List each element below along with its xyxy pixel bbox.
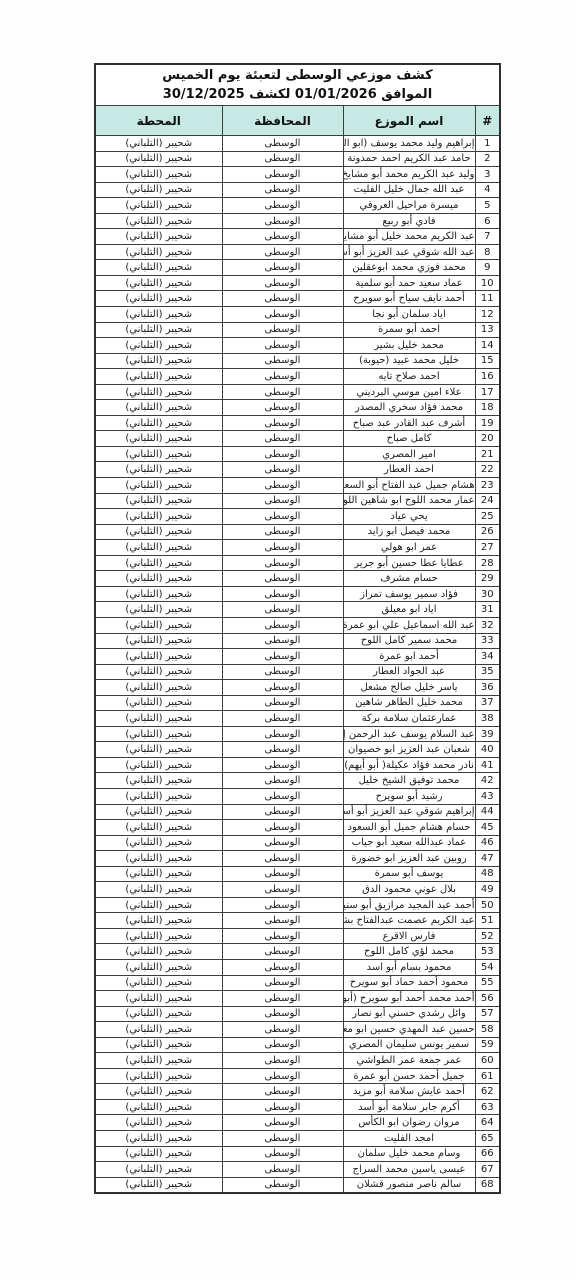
cell-governorate: الوسطى	[222, 229, 343, 245]
cell-station: شحيبر (التلباني)	[95, 462, 222, 478]
cell-station: شحيبر (التلباني)	[95, 400, 222, 416]
cell-station: شحيبر (التلباني)	[95, 1022, 222, 1038]
table-row: 31اياد ابو معيلقالوسطىشحيبر (التلباني)	[95, 602, 500, 618]
cell-distributor-name: أحمد عبد المجيد مرازيق أبو سنيدة	[343, 897, 475, 913]
cell-governorate: الوسطى	[222, 213, 343, 229]
table-row: 40شعبان عبد العزيز ابو خصيوانالوسطىشحيبر…	[95, 742, 500, 758]
table-row: 43رشيد أبو سويرحالوسطىشحيبر (التلباني)	[95, 788, 500, 804]
cell-station: شحيبر (التلباني)	[95, 167, 222, 183]
cell-index: 4	[475, 182, 500, 198]
table-row: 36ياسر خليل صالح مشعلالوسطىشحيبر (التلبا…	[95, 680, 500, 696]
cell-station: شحيبر (التلباني)	[95, 1068, 222, 1084]
cell-distributor-name: وائل رشدي حسني أبو نصار	[343, 1006, 475, 1022]
cell-station: شحيبر (التلباني)	[95, 1115, 222, 1131]
cell-index: 53	[475, 944, 500, 960]
cell-index: 6	[475, 213, 500, 229]
cell-station: شحيبر (التلباني)	[95, 897, 222, 913]
title-line-2: الموافق 01/01/2026 لكشف 30/12/2025	[96, 85, 499, 104]
cell-governorate: الوسطى	[222, 462, 343, 478]
cell-index: 66	[475, 1146, 500, 1162]
column-header-name: اسم الموزع	[343, 106, 475, 136]
cell-index: 3	[475, 167, 500, 183]
cell-station: شحيبر (التلباني)	[95, 757, 222, 773]
cell-governorate: الوسطى	[222, 820, 343, 836]
cell-index: 16	[475, 369, 500, 385]
table-row: 47روبين عبد العزيز ابو خضورةالوسطىشحيبر …	[95, 851, 500, 867]
table-row: 21امير المصريالوسطىشحيبر (التلباني)	[95, 446, 500, 462]
cell-governorate: الوسطى	[222, 835, 343, 851]
cell-governorate: الوسطى	[222, 571, 343, 587]
cell-index: 60	[475, 1053, 500, 1069]
cell-station: شحيبر (التلباني)	[95, 835, 222, 851]
cell-governorate: الوسطى	[222, 586, 343, 602]
cell-governorate: الوسطى	[222, 913, 343, 929]
cell-index: 5	[475, 198, 500, 214]
cell-distributor-name: روبين عبد العزيز ابو خضورة	[343, 851, 475, 867]
cell-distributor-name: كامل صباح	[343, 431, 475, 447]
cell-station: شحيبر (التلباني)	[95, 213, 222, 229]
cell-station: شحيبر (التلباني)	[95, 664, 222, 680]
cell-station: شحيبر (التلباني)	[95, 1177, 222, 1193]
cell-index: 15	[475, 353, 500, 369]
table-row: 14محمد خليل بشيرالوسطىشحيبر (التلباني)	[95, 338, 500, 354]
cell-governorate: الوسطى	[222, 1146, 343, 1162]
cell-governorate: الوسطى	[222, 649, 343, 665]
cell-governorate: الوسطى	[222, 742, 343, 758]
cell-station: شحيبر (التلباني)	[95, 431, 222, 447]
cell-distributor-name: عبد الله جمال خليل الفليت	[343, 182, 475, 198]
table-row: 67عيسى ياسين محمد السراجالوسطىشحيبر (الت…	[95, 1162, 500, 1178]
cell-distributor-name: جميل أحمد حسن أبو عمرة	[343, 1068, 475, 1084]
cell-governorate: الوسطى	[222, 1162, 343, 1178]
cell-index: 7	[475, 229, 500, 245]
cell-index: 11	[475, 291, 500, 307]
cell-governorate: الوسطى	[222, 1053, 343, 1069]
cell-index: 25	[475, 509, 500, 525]
cell-station: شحيبر (التلباني)	[95, 633, 222, 649]
table-row: 19أشرف عبد القادر عبد صباحالوسطىشحيبر (ا…	[95, 415, 500, 431]
cell-index: 26	[475, 524, 500, 540]
table-row: 2حامد عبد الكريم احمد حمدونةالوسطىشحيبر …	[95, 151, 500, 167]
cell-distributor-name: حسين عبد المهدي حسين ابو مغصيب	[343, 1022, 475, 1038]
cell-governorate: الوسطى	[222, 291, 343, 307]
cell-governorate: الوسطى	[222, 851, 343, 867]
cell-index: 56	[475, 991, 500, 1007]
cell-distributor-name: محمد فيصل ابو زايد	[343, 524, 475, 540]
cell-station: شحيبر (التلباني)	[95, 229, 222, 245]
table-row: 12اياد سلمان أبو نجاالوسطىشحيبر (التلبان…	[95, 307, 500, 323]
cell-station: شحيبر (التلباني)	[95, 275, 222, 291]
cell-station: شحيبر (التلباني)	[95, 851, 222, 867]
cell-index: 51	[475, 913, 500, 929]
cell-station: شحيبر (التلباني)	[95, 151, 222, 167]
cell-index: 30	[475, 586, 500, 602]
table-row: 17علاء امين موسي البردينيالوسطىشحيبر (ال…	[95, 384, 500, 400]
table-row: 55محمود أحمد حماد أبو سويرحالوسطىشحيبر (…	[95, 975, 500, 991]
cell-governorate: الوسطى	[222, 1177, 343, 1193]
table-title: كشف موزعي الوسطى لتعبئة يوم الخميس الموا…	[95, 64, 500, 106]
table-row: 27عمر ابو هوليالوسطىشحيبر (التلباني)	[95, 540, 500, 556]
cell-station: شحيبر (التلباني)	[95, 260, 222, 276]
cell-index: 29	[475, 571, 500, 587]
cell-governorate: الوسطى	[222, 244, 343, 260]
cell-distributor-name: محمد سمير كامل اللوح	[343, 633, 475, 649]
cell-station: شحيبر (التلباني)	[95, 446, 222, 462]
cell-distributor-name: بلال عوني محمود الدق	[343, 882, 475, 898]
cell-governorate: الوسطى	[222, 540, 343, 556]
cell-distributor-name: أحمد عايش سلامة أبو مزيد	[343, 1084, 475, 1100]
table-row: 30فؤاد سمير يوسف تمرازالوسطىشحيبر (التلب…	[95, 586, 500, 602]
cell-station: شحيبر (التلباني)	[95, 882, 222, 898]
cell-distributor-name: حسام هشام جميل أبو السعود	[343, 820, 475, 836]
cell-index: 68	[475, 1177, 500, 1193]
cell-distributor-name: احمد أبو سمرة	[343, 322, 475, 338]
cell-distributor-name: نادر محمد فؤاد عكيلة( أبو أيهم)	[343, 757, 475, 773]
cell-governorate: الوسطى	[222, 1115, 343, 1131]
cell-station: شحيبر (التلباني)	[95, 1084, 222, 1100]
cell-distributor-name: محمد فؤاد سخري المصدر	[343, 400, 475, 416]
table-row: 16احمد صلاح تايهالوسطىشحيبر (التلباني)	[95, 369, 500, 385]
cell-governorate: الوسطى	[222, 680, 343, 696]
cell-distributor-name: إبراهيم وليد محمد يوسف (ابو السرهد) تبوي…	[343, 136, 475, 152]
cell-index: 36	[475, 680, 500, 696]
cell-index: 59	[475, 1037, 500, 1053]
cell-station: شحيبر (التلباني)	[95, 353, 222, 369]
cell-governorate: الوسطى	[222, 338, 343, 354]
cell-index: 58	[475, 1022, 500, 1038]
column-header-station: المحطة	[95, 106, 222, 136]
cell-station: شحيبر (التلباني)	[95, 291, 222, 307]
cell-index: 44	[475, 804, 500, 820]
cell-station: شحيبر (التلباني)	[95, 944, 222, 960]
cell-station: شحيبر (التلباني)	[95, 182, 222, 198]
cell-distributor-name: احمد صلاح تايه	[343, 369, 475, 385]
table-row: 23هشام جميل عبد الفتاح أبو السعودالوسطىش…	[95, 478, 500, 494]
cell-distributor-name: مروان رضوان ابو الكأس	[343, 1115, 475, 1131]
cell-governorate: الوسطى	[222, 275, 343, 291]
cell-index: 12	[475, 307, 500, 323]
cell-station: شحيبر (التلباني)	[95, 322, 222, 338]
cell-distributor-name: عبد الكريم عصمت عبدالفتاح بشير	[343, 913, 475, 929]
cell-index: 10	[475, 275, 500, 291]
cell-governorate: الوسطى	[222, 446, 343, 462]
cell-distributor-name: أكرم جابر سلامة أبو أسد	[343, 1099, 475, 1115]
table-row: 66وسام محمد خليل سلمانالوسطىشحيبر (التلب…	[95, 1146, 500, 1162]
cell-station: شحيبر (التلباني)	[95, 1037, 222, 1053]
cell-index: 19	[475, 415, 500, 431]
cell-station: شحيبر (التلباني)	[95, 524, 222, 540]
table-row: 34أحمد ابو عمرةالوسطىشحيبر (التلباني)	[95, 649, 500, 665]
cell-index: 33	[475, 633, 500, 649]
cell-governorate: الوسطى	[222, 369, 343, 385]
cell-distributor-name: عبد الله اسماعيل علي ابو عمرة	[343, 617, 475, 633]
cell-distributor-name: عماد عبدالله سعيد أبو جياب	[343, 835, 475, 851]
cell-distributor-name: أشرف عبد القادر عبد صباح	[343, 415, 475, 431]
cell-station: شحيبر (التلباني)	[95, 1006, 222, 1022]
cell-governorate: الوسطى	[222, 804, 343, 820]
cell-distributor-name: محمد توفيق الشيخ خليل	[343, 773, 475, 789]
cell-governorate: الوسطى	[222, 1022, 343, 1038]
cell-governorate: الوسطى	[222, 136, 343, 152]
table-row: 51عبد الكريم عصمت عبدالفتاح بشيرالوسطىشح…	[95, 913, 500, 929]
cell-index: 67	[475, 1162, 500, 1178]
column-header-index: #	[475, 106, 500, 136]
cell-station: شحيبر (التلباني)	[95, 586, 222, 602]
document-page: كشف موزعي الوسطى لتعبئة يوم الخميس الموا…	[0, 0, 576, 1280]
cell-index: 43	[475, 788, 500, 804]
table-row: 46عماد عبدالله سعيد أبو جيابالوسطىشحيبر …	[95, 835, 500, 851]
cell-distributor-name: عمارعثمان سلامة بركة	[343, 711, 475, 727]
cell-distributor-name: محمد لؤي كامل اللوح	[343, 944, 475, 960]
cell-governorate: الوسطى	[222, 991, 343, 1007]
cell-governorate: الوسطى	[222, 322, 343, 338]
cell-governorate: الوسطى	[222, 1084, 343, 1100]
table-row: 11أحمد نايف سياح أبو سويرحالوسطىشحيبر (ا…	[95, 291, 500, 307]
cell-index: 35	[475, 664, 500, 680]
column-header-governorate: المحافظة	[222, 106, 343, 136]
cell-distributor-name: وليد عبد الكريم محمد أبو مشايخ	[343, 167, 475, 183]
cell-distributor-name: عماد سعيد حمد أبو سلمية	[343, 275, 475, 291]
cell-distributor-name: ميسرة مراحيل العروقي	[343, 198, 475, 214]
table-row: 45حسام هشام جميل أبو السعودالوسطىشحيبر (…	[95, 820, 500, 836]
table-row: 42محمد توفيق الشيخ خليلالوسطىشحيبر (التل…	[95, 773, 500, 789]
table-row: 4عبد الله جمال خليل الفليتالوسطىشحيبر (ا…	[95, 182, 500, 198]
table-row: 61جميل أحمد حسن أبو عمرةالوسطىشحيبر (الت…	[95, 1068, 500, 1084]
table-row: 52فارس الاقرعالوسطىشحيبر (التلباني)	[95, 928, 500, 944]
cell-governorate: الوسطى	[222, 415, 343, 431]
cell-governorate: الوسطى	[222, 431, 343, 447]
cell-index: 41	[475, 757, 500, 773]
cell-station: شحيبر (التلباني)	[95, 540, 222, 556]
cell-index: 9	[475, 260, 500, 276]
cell-index: 22	[475, 462, 500, 478]
cell-index: 13	[475, 322, 500, 338]
cell-governorate: الوسطى	[222, 773, 343, 789]
cell-index: 34	[475, 649, 500, 665]
cell-governorate: الوسطى	[222, 882, 343, 898]
cell-distributor-name: امير المصري	[343, 446, 475, 462]
cell-distributor-name: أحمد نايف سياح أبو سويرح	[343, 291, 475, 307]
cell-distributor-name: عمار محمد اللوح ابو شاهين اللوح	[343, 493, 475, 509]
cell-station: شحيبر (التلباني)	[95, 602, 222, 618]
cell-index: 46	[475, 835, 500, 851]
cell-index: 21	[475, 446, 500, 462]
cell-index: 61	[475, 1068, 500, 1084]
distribution-table: كشف موزعي الوسطى لتعبئة يوم الخميس الموا…	[94, 63, 501, 1194]
cell-governorate: الوسطى	[222, 555, 343, 571]
cell-station: شحيبر (التلباني)	[95, 1131, 222, 1147]
cell-station: شحيبر (التلباني)	[95, 493, 222, 509]
cell-station: شحيبر (التلباني)	[95, 384, 222, 400]
table-row: 24عمار محمد اللوح ابو شاهين اللوحالوسطىش…	[95, 493, 500, 509]
table-row: 20كامل صباحالوسطىشحيبر (التلباني)	[95, 431, 500, 447]
cell-distributor-name: عيسى ياسين محمد السراج	[343, 1162, 475, 1178]
cell-distributor-name: فارس الاقرع	[343, 928, 475, 944]
cell-governorate: الوسطى	[222, 633, 343, 649]
cell-governorate: الوسطى	[222, 509, 343, 525]
cell-governorate: الوسطى	[222, 1131, 343, 1147]
cell-governorate: الوسطى	[222, 975, 343, 991]
cell-index: 40	[475, 742, 500, 758]
cell-station: شحيبر (التلباني)	[95, 742, 222, 758]
table-row: 50أحمد عبد المجيد مرازيق أبو سنيدةالوسطى…	[95, 897, 500, 913]
cell-distributor-name: محمد خليل بشير	[343, 338, 475, 354]
cell-governorate: الوسطى	[222, 602, 343, 618]
cell-index: 47	[475, 851, 500, 867]
cell-governorate: الوسطى	[222, 478, 343, 494]
cell-station: شحيبر (التلباني)	[95, 307, 222, 323]
cell-index: 24	[475, 493, 500, 509]
cell-station: شحيبر (التلباني)	[95, 415, 222, 431]
cell-station: شحيبر (التلباني)	[95, 804, 222, 820]
table-row: 9محمد فوزي محمد ابوعقلينالوسطىشحيبر (الت…	[95, 260, 500, 276]
header-row: # اسم الموزع المحافظة المحطة	[95, 106, 500, 136]
cell-governorate: الوسطى	[222, 866, 343, 882]
table-row: 28عطايا عطا حسين أبو جريرالوسطىشحيبر (ال…	[95, 555, 500, 571]
title-line-1: كشف موزعي الوسطى لتعبئة يوم الخميس	[96, 66, 499, 85]
cell-distributor-name: محمد فوزي محمد ابوعقلين	[343, 260, 475, 276]
cell-index: 54	[475, 959, 500, 975]
table-row: 57وائل رشدي حسني أبو نصارالوسطىشحيبر (ال…	[95, 1006, 500, 1022]
cell-distributor-name: محمود أحمد حماد أبو سويرح	[343, 975, 475, 991]
cell-governorate: الوسطى	[222, 400, 343, 416]
table-row: 10عماد سعيد حمد أبو سلميةالوسطىشحيبر (ال…	[95, 275, 500, 291]
cell-distributor-name: فؤاد سمير يوسف تمراز	[343, 586, 475, 602]
cell-index: 63	[475, 1099, 500, 1115]
cell-index: 18	[475, 400, 500, 416]
cell-index: 28	[475, 555, 500, 571]
cell-distributor-name: أحمد ابو عمرة	[343, 649, 475, 665]
cell-station: شحيبر (التلباني)	[95, 1162, 222, 1178]
cell-governorate: الوسطى	[222, 711, 343, 727]
cell-governorate: الوسطى	[222, 1099, 343, 1115]
table-row: 64مروان رضوان ابو الكأسالوسطىشحيبر (التل…	[95, 1115, 500, 1131]
cell-station: شحيبر (التلباني)	[95, 820, 222, 836]
cell-index: 20	[475, 431, 500, 447]
cell-governorate: الوسطى	[222, 493, 343, 509]
cell-governorate: الوسطى	[222, 757, 343, 773]
cell-index: 62	[475, 1084, 500, 1100]
cell-distributor-name: عبد الله شوقي عبد العزيز أبو أسد	[343, 244, 475, 260]
table-row: 44إبراهيم شوقي عبد العزيز أبو أسدالوسطىش…	[95, 804, 500, 820]
table-row: 59سمير يونس سليمان المصريالوسطىشحيبر (ال…	[95, 1037, 500, 1053]
table-row: 62أحمد عايش سلامة أبو مزيدالوسطىشحيبر (ا…	[95, 1084, 500, 1100]
cell-index: 8	[475, 244, 500, 260]
cell-index: 42	[475, 773, 500, 789]
cell-distributor-name: عبد الكريم محمد خليل أبو مشايخ	[343, 229, 475, 245]
cell-distributor-name: حسام مشرف	[343, 571, 475, 587]
cell-distributor-name: يحي عياد	[343, 509, 475, 525]
cell-governorate: الوسطى	[222, 151, 343, 167]
title-row: كشف موزعي الوسطى لتعبئة يوم الخميس الموا…	[95, 64, 500, 106]
cell-governorate: الوسطى	[222, 1068, 343, 1084]
cell-index: 50	[475, 897, 500, 913]
cell-distributor-name: عمر جمعة عمر الطواشي	[343, 1053, 475, 1069]
cell-distributor-name: هشام جميل عبد الفتاح أبو السعود	[343, 478, 475, 494]
cell-governorate: الوسطى	[222, 524, 343, 540]
cell-distributor-name: عطايا عطا حسين أبو جرير	[343, 555, 475, 571]
cell-distributor-name: عمر ابو هولي	[343, 540, 475, 556]
table-row: 37محمد خليل الطاهر شاهينالوسطىشحيبر (الت…	[95, 695, 500, 711]
cell-station: شحيبر (التلباني)	[95, 509, 222, 525]
cell-station: شحيبر (التلباني)	[95, 928, 222, 944]
cell-station: شحيبر (التلباني)	[95, 369, 222, 385]
cell-station: شحيبر (التلباني)	[95, 866, 222, 882]
table-row: 7عبد الكريم محمد خليل أبو مشايخالوسطىشحي…	[95, 229, 500, 245]
cell-station: شحيبر (التلباني)	[95, 244, 222, 260]
cell-station: شحيبر (التلباني)	[95, 571, 222, 587]
cell-station: شحيبر (التلباني)	[95, 478, 222, 494]
table-row: 13احمد أبو سمرةالوسطىشحيبر (التلباني)	[95, 322, 500, 338]
table-row: 18محمد فؤاد سخري المصدرالوسطىشحيبر (التل…	[95, 400, 500, 416]
cell-station: شحيبر (التلباني)	[95, 788, 222, 804]
cell-station: شحيبر (التلباني)	[95, 338, 222, 354]
cell-station: شحيبر (التلباني)	[95, 1146, 222, 1162]
cell-index: 1	[475, 136, 500, 152]
table-row: 60عمر جمعة عمر الطواشيالوسطىشحيبر (التلب…	[95, 1053, 500, 1069]
cell-station: شحيبر (التلباني)	[95, 617, 222, 633]
cell-distributor-name: اياد ابو معيلق	[343, 602, 475, 618]
cell-governorate: الوسطى	[222, 167, 343, 183]
cell-station: شحيبر (التلباني)	[95, 975, 222, 991]
cell-governorate: الوسطى	[222, 353, 343, 369]
cell-distributor-name: ياسر خليل صالح مشعل	[343, 680, 475, 696]
cell-station: شحيبر (التلباني)	[95, 695, 222, 711]
cell-governorate: الوسطى	[222, 726, 343, 742]
cell-distributor-name: سالم ناصر منصور قشلان	[343, 1177, 475, 1193]
table-row: 22احمد العطارالوسطىشحيبر (التلباني)	[95, 462, 500, 478]
table-row: 1إبراهيم وليد محمد يوسف (ابو السرهد) تبو…	[95, 136, 500, 152]
cell-index: 64	[475, 1115, 500, 1131]
cell-index: 52	[475, 928, 500, 944]
cell-index: 27	[475, 540, 500, 556]
table-row: 48يوسف أبو سمرةالوسطىشحيبر (التلباني)	[95, 866, 500, 882]
table-row: 39عبد السلام يوسف عبد الرحمن إسماعيلالوس…	[95, 726, 500, 742]
cell-governorate: الوسطى	[222, 959, 343, 975]
cell-index: 45	[475, 820, 500, 836]
cell-station: شحيبر (التلباني)	[95, 1053, 222, 1069]
cell-distributor-name: رشيد أبو سويرح	[343, 788, 475, 804]
cell-governorate: الوسطى	[222, 664, 343, 680]
cell-distributor-name: وسام محمد خليل سلمان	[343, 1146, 475, 1162]
cell-distributor-name: إبراهيم شوقي عبد العزيز أبو أسد	[343, 804, 475, 820]
cell-distributor-name: حامد عبد الكريم احمد حمدونة	[343, 151, 475, 167]
table-row: 5ميسرة مراحيل العروقيالوسطىشحيبر (التلبا…	[95, 198, 500, 214]
cell-governorate: الوسطى	[222, 384, 343, 400]
table-row: 68سالم ناصر منصور قشلانالوسطىشحيبر (التل…	[95, 1177, 500, 1193]
cell-distributor-name: سمير يونس سليمان المصري	[343, 1037, 475, 1053]
cell-station: شحيبر (التلباني)	[95, 680, 222, 696]
cell-governorate: الوسطى	[222, 944, 343, 960]
cell-index: 2	[475, 151, 500, 167]
cell-governorate: الوسطى	[222, 928, 343, 944]
cell-governorate: الوسطى	[222, 897, 343, 913]
cell-index: 17	[475, 384, 500, 400]
cell-station: شحيبر (التلباني)	[95, 959, 222, 975]
table-row: 58حسين عبد المهدي حسين ابو مغصيبالوسطىشح…	[95, 1022, 500, 1038]
cell-distributor-name: امجد الفليت	[343, 1131, 475, 1147]
table-row: 63أكرم جابر سلامة أبو أسدالوسطىشحيبر (ال…	[95, 1099, 500, 1115]
cell-station: شحيبر (التلباني)	[95, 649, 222, 665]
table-row: 29حسام مشرفالوسطىشحيبر (التلباني)	[95, 571, 500, 587]
cell-station: شحيبر (التلباني)	[95, 773, 222, 789]
table-row: 54محمود بسام أبو اسدالوسطىشحيبر (التلبان…	[95, 959, 500, 975]
cell-governorate: الوسطى	[222, 1006, 343, 1022]
table-row: 8عبد الله شوقي عبد العزيز أبو أسدالوسطىش…	[95, 244, 500, 260]
cell-station: شحيبر (التلباني)	[95, 555, 222, 571]
table-row: 65امجد الفليتالوسطىشحيبر (التلباني)	[95, 1131, 500, 1147]
cell-station: شحيبر (التلباني)	[95, 198, 222, 214]
